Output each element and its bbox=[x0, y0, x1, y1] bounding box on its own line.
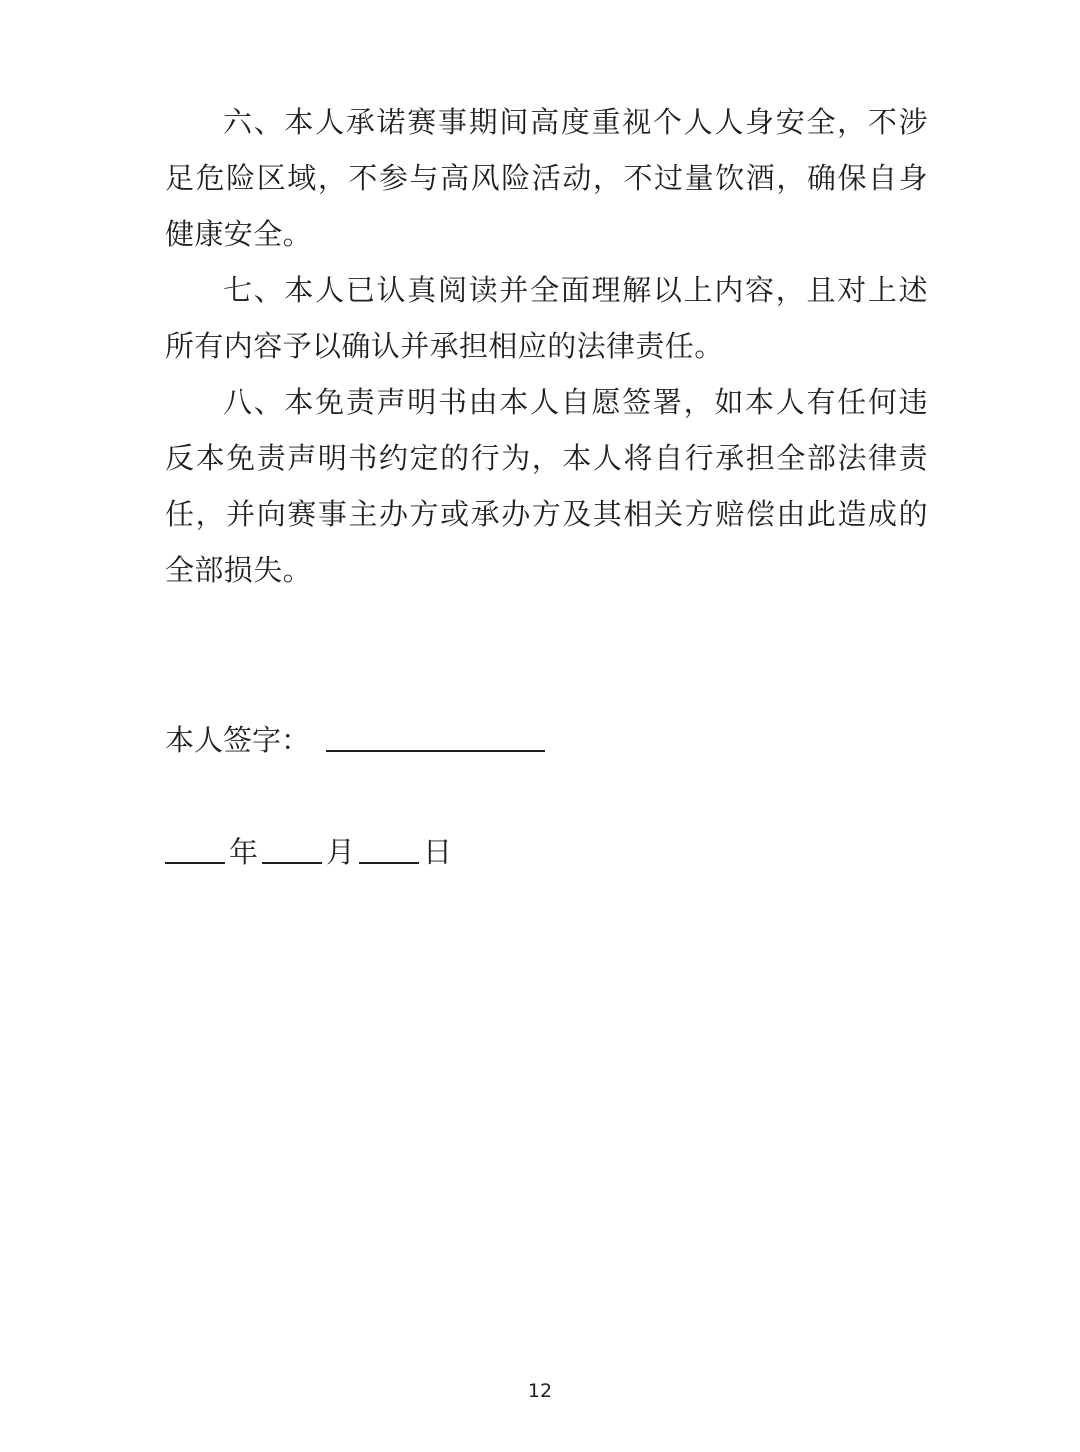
paragraph-clause-6: 六、本人承诺赛事期间高度重视个人人身安全，不涉足危险区域，不参与高风险活动，不过… bbox=[165, 94, 928, 262]
page-number: 12 bbox=[0, 1380, 1080, 1402]
paragraph-clause-8: 八、本免责声明书由本人自愿签署，如本人有任何违反本免责声明书约定的行为，本人将自… bbox=[165, 374, 928, 598]
month-label: 月 bbox=[326, 835, 355, 869]
year-label: 年 bbox=[229, 835, 258, 869]
document-content: 六、本人承诺赛事期间高度重视个人人身安全，不涉足危险区域，不参与高风险活动，不过… bbox=[165, 94, 928, 880]
date-row: 年月日 bbox=[165, 824, 928, 880]
paragraph-clause-7: 七、本人已认真阅读并全面理解以上内容，且对上述所有内容予以确认并承担相应的法律责… bbox=[165, 262, 928, 374]
signature-row: 本人签字： bbox=[165, 712, 928, 768]
month-blank-line bbox=[262, 862, 322, 864]
document-page: 六、本人承诺赛事期间高度重视个人人身安全，不涉足危险区域，不参与高风险活动，不过… bbox=[0, 0, 1080, 1452]
signature-label: 本人签字： bbox=[165, 723, 310, 757]
year-blank-line bbox=[165, 862, 225, 864]
day-label: 日 bbox=[423, 835, 452, 869]
signature-blank-line bbox=[326, 750, 545, 752]
day-blank-line bbox=[359, 862, 419, 864]
